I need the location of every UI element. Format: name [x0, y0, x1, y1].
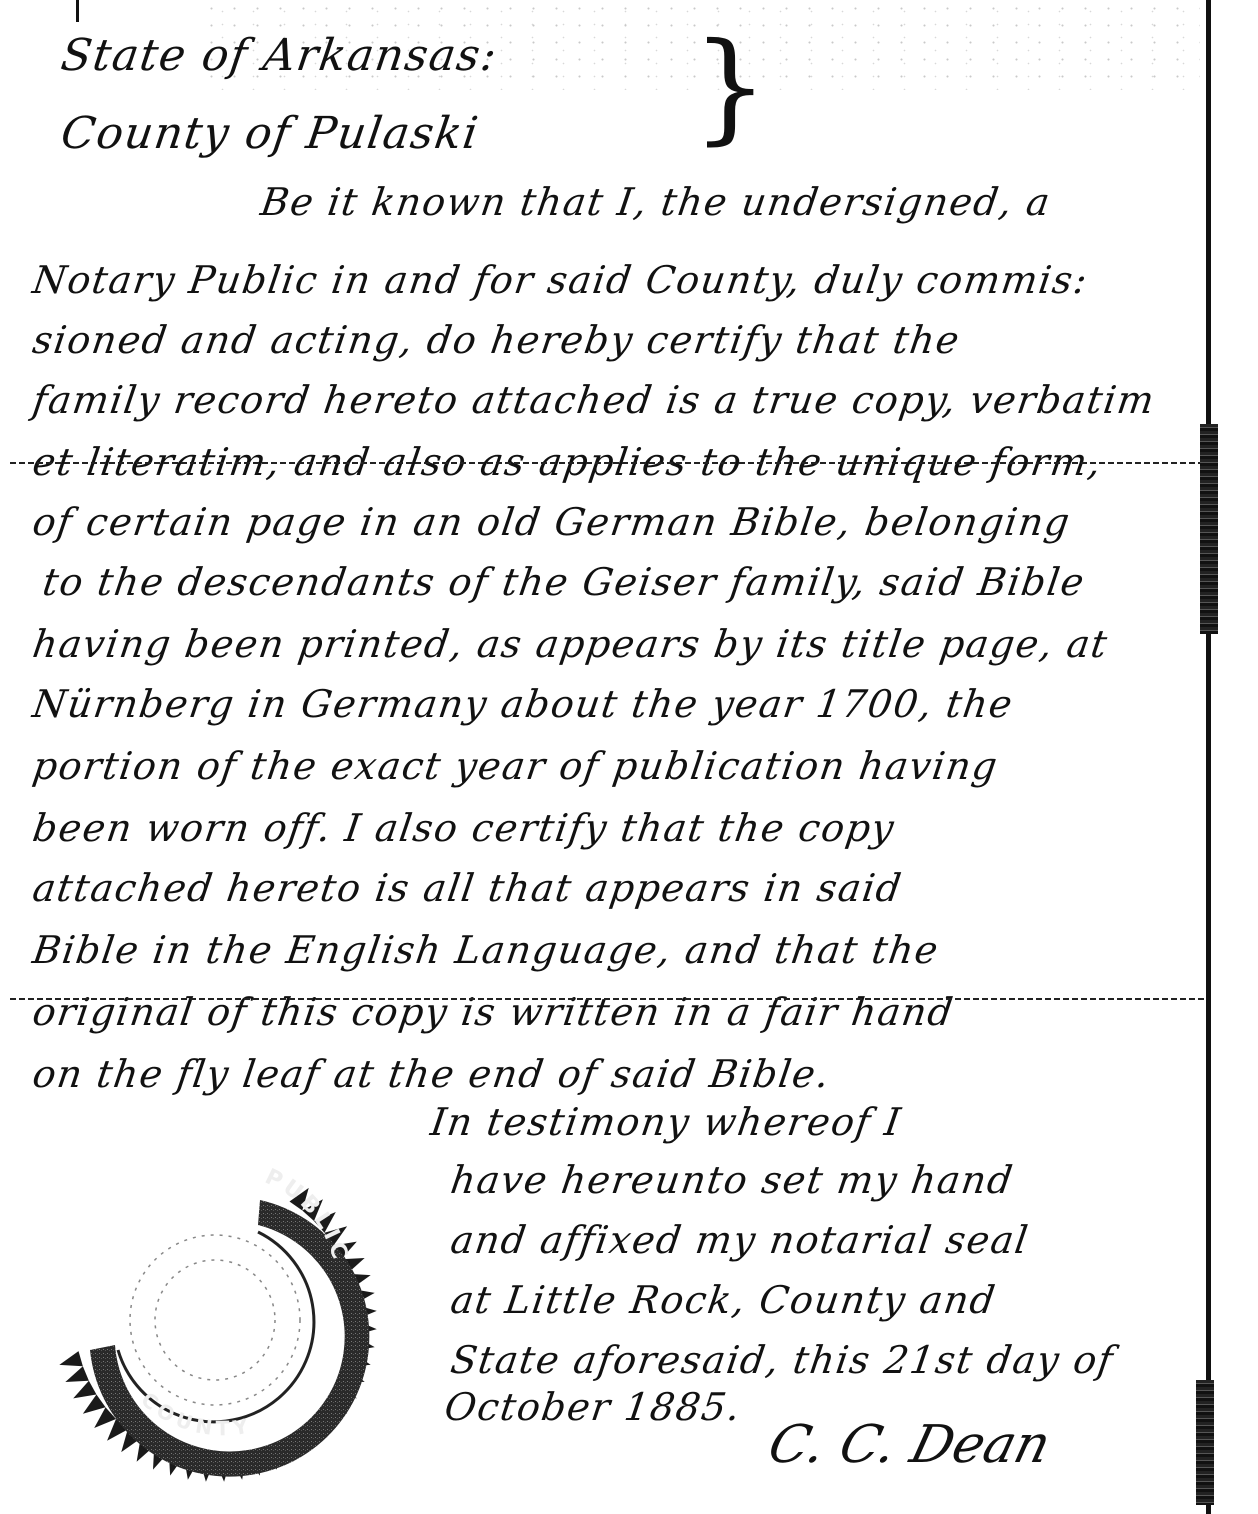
attestation-line: October 1885. [442, 1385, 744, 1429]
binding-tab [1196, 1380, 1214, 1505]
attestation-line: In testimony whereof I [428, 1100, 905, 1144]
body-line: Be it known that I, the undersigned, a [258, 180, 1054, 224]
page-binding-edge [1206, 0, 1211, 1514]
body-line: Bible in the English Language, and that … [30, 928, 942, 972]
attestation-line: and affixed my notarial seal [448, 1218, 1032, 1262]
body-line: Notary Public in and for said County, du… [30, 258, 1091, 302]
body-line: Nürnberg in Germany about the year 1700,… [30, 682, 1016, 726]
notary-signature: C. C. Dean [763, 1415, 1057, 1475]
body-line: of certain page in an old German Bible, … [30, 500, 1074, 544]
header-state: State of Arkansas: [58, 30, 501, 81]
notary-seal: PUBLIC COUNTY [30, 1140, 385, 1490]
body-line: portion of the exact year of publication… [30, 744, 1001, 788]
body-line: to the descendants of the Geiser family,… [40, 560, 1088, 604]
body-line: on the fly leaf at the end of said Bible… [30, 1052, 833, 1096]
fold-line [10, 462, 1205, 464]
body-line: sioned and acting, do hereby certify tha… [30, 318, 963, 362]
body-line: been worn off. I also certify that the c… [30, 806, 898, 850]
fold-line [10, 998, 1205, 1000]
header-brace: } [692, 28, 768, 148]
attestation-line: at Little Rock, County and [448, 1278, 999, 1322]
body-line: family record hereto attached is a true … [30, 378, 1158, 422]
body-line: attached hereto is all that appears in s… [30, 866, 905, 910]
binding-tab [1200, 424, 1218, 634]
header-county: County of Pulaski [58, 108, 482, 159]
attestation-line: State aforesaid, this 21st day of [448, 1338, 1117, 1382]
attestation-line: have hereunto set my hand [448, 1158, 1016, 1202]
body-line: original of this copy is written in a fa… [30, 990, 957, 1034]
stray-mark [76, 0, 79, 22]
document-page: State of Arkansas: County of Pulaski } B… [0, 0, 1258, 1514]
body-line: having been printed, as appears by its t… [30, 622, 1111, 666]
